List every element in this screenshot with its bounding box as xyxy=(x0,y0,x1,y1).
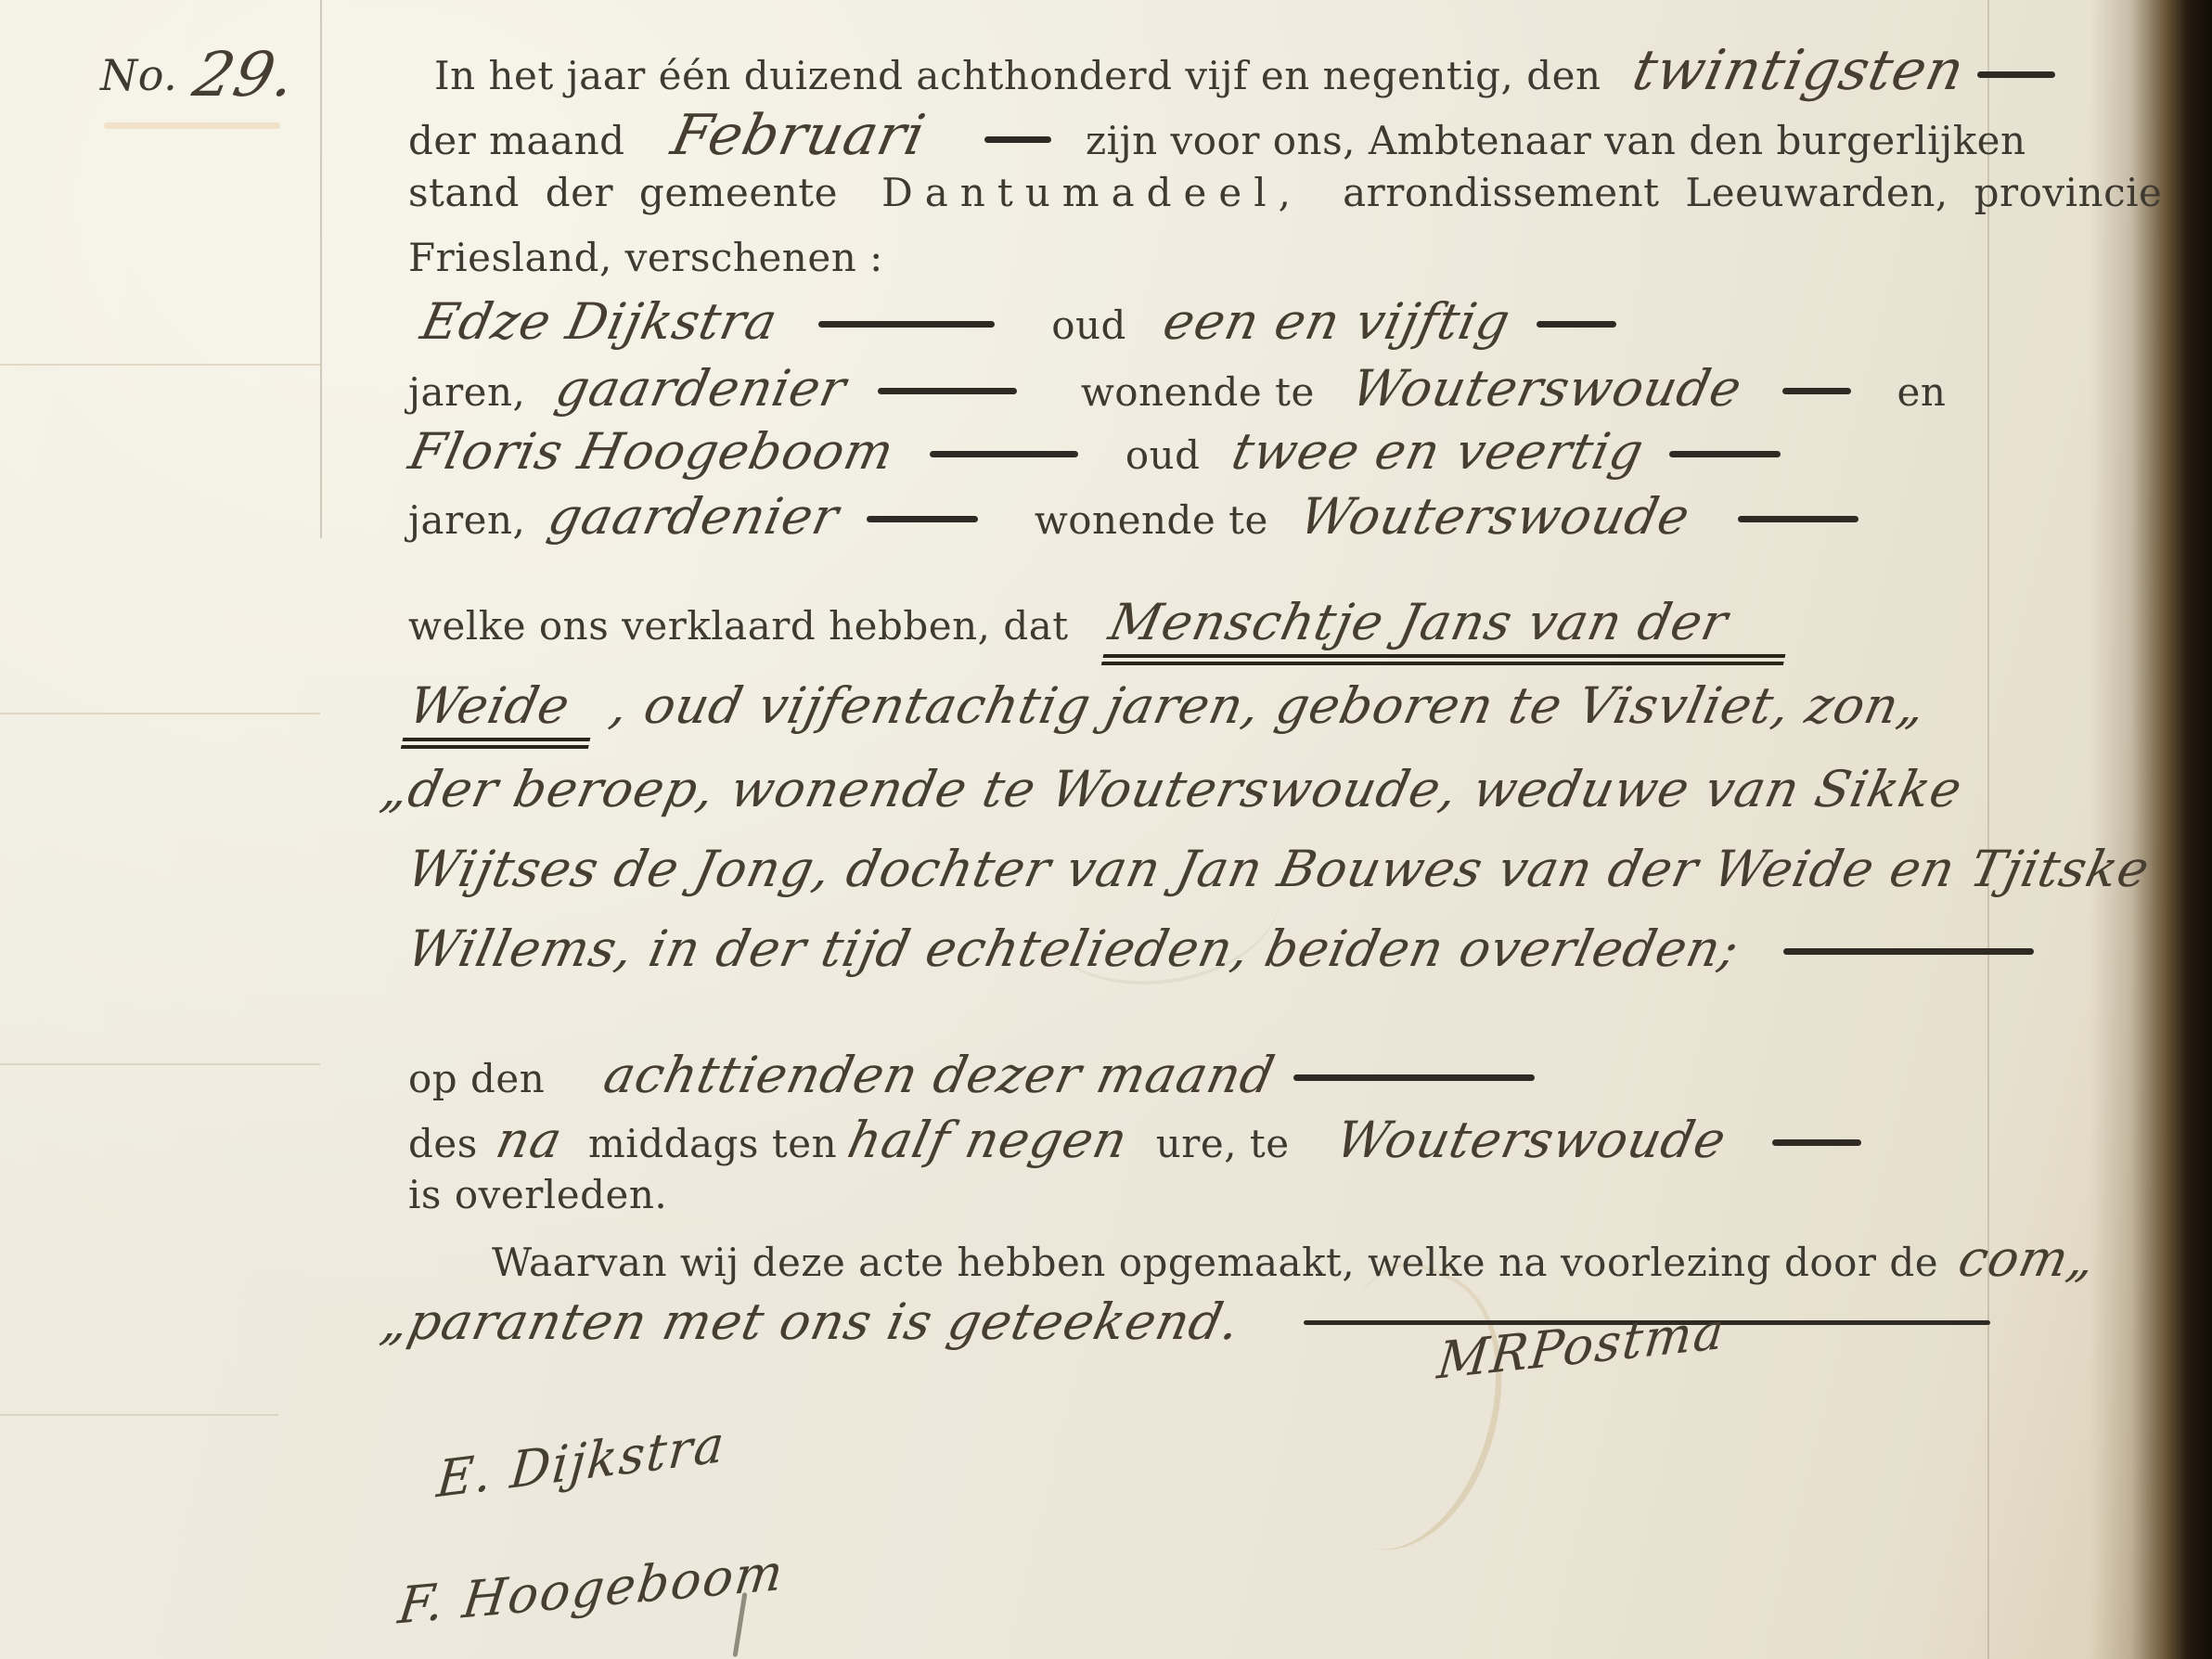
death-time: half negen xyxy=(843,1112,1134,1169)
filler-dash xyxy=(1738,516,1858,522)
filler-dash xyxy=(1772,1139,1861,1146)
signature-declarant1-text: E. Dijkstra xyxy=(434,1414,727,1509)
declaration-line-5: Willems, in der tijd echtelieden, beiden… xyxy=(408,920,2043,978)
handwritten-text: , oud vijfentachtig jaren, geboren te Vi… xyxy=(605,677,1931,735)
filler-dash xyxy=(1537,321,1616,328)
death-time-line: des na middags ten half negen ure, te Wo… xyxy=(408,1112,1871,1169)
handwritten-text: com„ xyxy=(1954,1230,2102,1288)
act-number-value: 29. xyxy=(187,39,302,110)
municipality-name: Dantumadeel, xyxy=(881,170,1303,215)
declaration-line-4: Wijtses de Jong, dochter van Jan Bouwes … xyxy=(408,841,2149,898)
printed-text: arrondissement Leeuwarden, provincie xyxy=(1343,170,2162,215)
filler-dash xyxy=(1782,388,1851,394)
filler-dash xyxy=(930,451,1078,457)
printed-text: welke ons verklaard hebben, dat xyxy=(408,603,1069,649)
printed-text: stand der gemeente xyxy=(408,170,838,215)
printed-jaren: jaren, xyxy=(408,497,525,543)
handwritten-text: Willems, in der tijd echtelieden, beiden… xyxy=(402,920,1743,978)
printed-ure-te: ure, te xyxy=(1156,1121,1290,1166)
margin-rule xyxy=(0,1063,320,1065)
handwritten-month: Februari xyxy=(665,104,931,168)
declarant1-name: Edze Dijkstra xyxy=(416,293,782,351)
declarant1-age: een en vijftig xyxy=(1158,293,1515,351)
fold-crease-left xyxy=(320,0,322,538)
declaration-line-2: Weide , oud vijfentachtig jaren, geboren… xyxy=(408,677,1925,749)
printed-oud: oud xyxy=(1125,432,1201,478)
death-day: achttienden dezer maand xyxy=(599,1047,1280,1104)
declarant2-name: Floris Hoogeboom xyxy=(404,423,899,481)
printed-wonende-te: wonende te xyxy=(1035,497,1268,543)
declarant1-residence: Wouterswoude xyxy=(1346,360,1747,418)
death-closing-line: is overleden. xyxy=(408,1173,667,1217)
fold-crease-right xyxy=(1987,0,1989,1659)
printed-jaren: jaren, xyxy=(408,369,525,415)
handwritten-day-ordinal: twintigsten xyxy=(1627,39,1970,103)
printed-text: zijn voor ons, Ambtenaar van den burgerl… xyxy=(1086,118,2026,163)
ink-smudge xyxy=(104,122,280,129)
declarant1-line-a: Edze Dijkstra oud een en vijftig xyxy=(422,293,1626,351)
death-daypart: na xyxy=(491,1112,567,1169)
filler-dash xyxy=(1669,451,1781,457)
act-number: No. 29. xyxy=(100,39,295,110)
closing-line-2: „paranten met ons is geteekend. xyxy=(382,1293,2000,1351)
death-place: Wouterswoude xyxy=(1331,1112,1731,1169)
signature-declarant2-text: F. Hoogeboom xyxy=(395,1542,788,1635)
printed-wonende-te: wonende te xyxy=(1081,369,1315,415)
handwritten-text: „paranten met ons is geteekend. xyxy=(376,1293,1245,1351)
declarant2-occupation: gaardenier xyxy=(543,488,843,546)
declarant2-residence: Wouterswoude xyxy=(1294,488,1695,546)
declarant2-line-a: Floris Hoogeboom oud twee en veertig xyxy=(410,423,1790,481)
printed-en: en xyxy=(1897,369,1946,415)
margin-rule xyxy=(0,713,320,714)
printed-op-den: op den xyxy=(408,1056,545,1101)
intro-line-1: In het jaar één duizend achthonderd vijf… xyxy=(434,39,2064,103)
intro-line-3: stand der gemeente Dantumadeel, arrondis… xyxy=(408,171,2162,215)
filler-dash xyxy=(867,516,978,522)
declarant2-age: twee en veertig xyxy=(1227,423,1649,481)
page-right-edge xyxy=(2090,0,2212,1659)
filler-dash xyxy=(818,321,995,328)
declarant1-occupation: gaardenier xyxy=(550,360,851,418)
printed-text: In het jaar één duizend achthonderd vijf… xyxy=(434,53,1601,98)
deceased-name-part2: Weide xyxy=(401,677,603,749)
filler-dash xyxy=(1293,1074,1535,1081)
printed-text: Friesland, verschenen : xyxy=(408,235,883,280)
closing-line-1: Waarvan wij deze acte hebben opgemaakt, … xyxy=(492,1230,2095,1288)
declarant2-line-b: jaren, gaardenier wonende te Wouterswoud… xyxy=(408,488,1868,546)
signature-declarant1: E. Dijkstra xyxy=(429,1374,730,1519)
death-date-line: op den achttienden dezer maand xyxy=(408,1047,1544,1104)
signature-declarant2: F. Hoogeboom xyxy=(393,1511,788,1643)
filler-dash xyxy=(1783,948,2034,955)
printed-des: des xyxy=(408,1121,478,1166)
declaration-line-3: „der beroep, wonende te Wouterswoude, we… xyxy=(382,761,1961,818)
margin-rule xyxy=(0,364,320,366)
filler-dash xyxy=(1977,71,2055,78)
handwritten-text: „der beroep, wonende te Wouterswoude, we… xyxy=(376,761,1967,818)
printed-oud: oud xyxy=(1051,302,1126,348)
signature-official-text: MRPostma xyxy=(1434,1301,1728,1391)
printed-text: is overleden. xyxy=(408,1172,667,1217)
margin-rule xyxy=(0,1414,278,1416)
filler-dash xyxy=(878,388,1017,394)
act-number-label: No. xyxy=(100,50,177,100)
declarant1-line-b: jaren, gaardenier wonende te Wouterswoud… xyxy=(408,360,1946,418)
intro-line-4: Friesland, verschenen : xyxy=(408,236,883,280)
handwritten-text: Wijtses de Jong, dochter van Jan Bouwes … xyxy=(402,841,2154,898)
declaration-line-1: welke ons verklaard hebben, dat Menschtj… xyxy=(408,594,1791,665)
filler-dash xyxy=(984,136,1051,143)
printed-middags-ten: middags ten xyxy=(588,1121,837,1166)
printed-text: Waarvan wij deze acte hebben opgemaakt, … xyxy=(492,1240,1938,1285)
deceased-name-part1: Menschtje Jans van der xyxy=(1101,594,1798,665)
intro-line-2: der maand Februari zijn voor ons, Ambten… xyxy=(408,104,2026,168)
printed-text: der maand xyxy=(408,118,625,163)
